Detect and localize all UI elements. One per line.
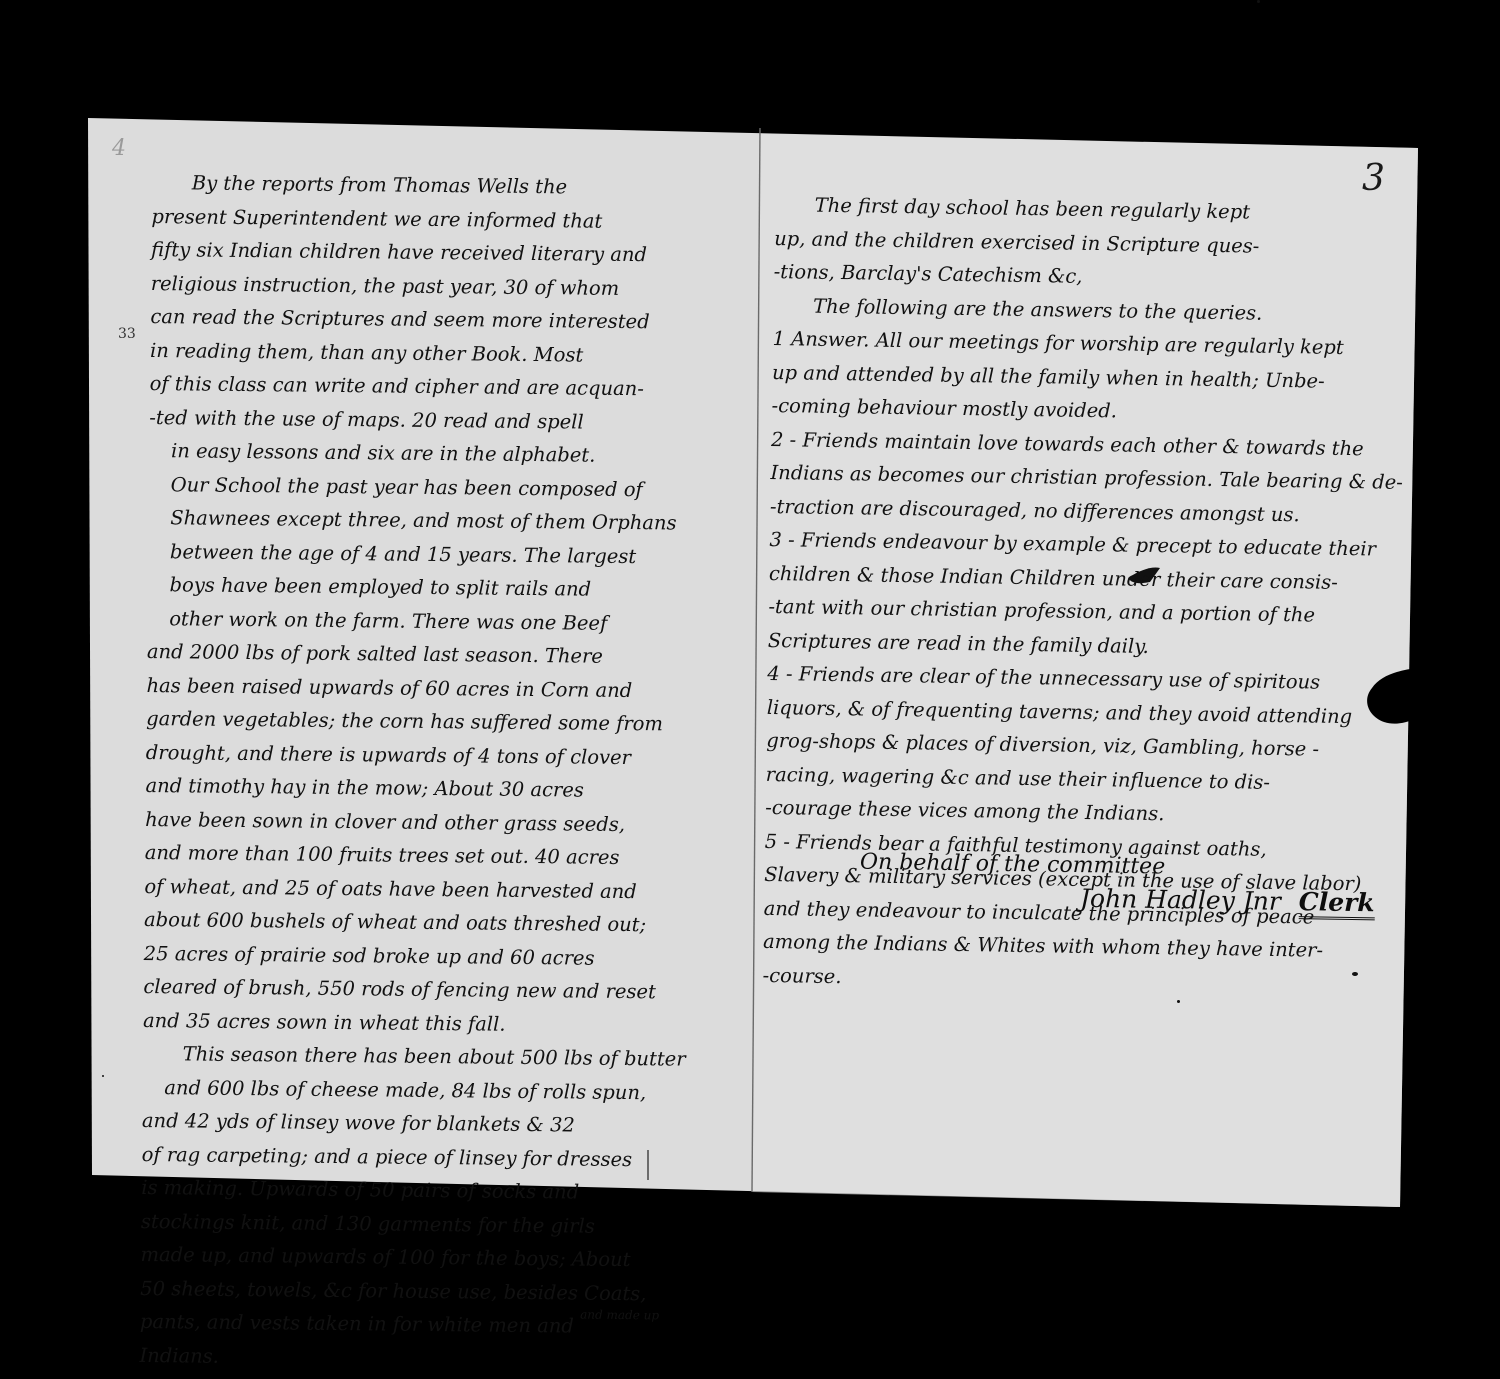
paper-sheet: 4 3 33 By the reports from Thomas Wells … xyxy=(0,0,1500,1379)
text-line: religious instruction, the past year, 30… xyxy=(151,266,694,305)
text-line: By the reports from Thomas Wells the xyxy=(152,166,695,205)
text-line: has been raised upwards of 60 acres in C… xyxy=(146,668,689,707)
text-line: between the age of 4 and 15 years. The l… xyxy=(148,534,691,573)
text-line: other work on the farm. There was one Be… xyxy=(147,601,690,640)
page-number-left: 4 xyxy=(112,136,126,161)
speck xyxy=(1257,0,1260,3)
speck xyxy=(1352,972,1358,976)
text-line: Indians. xyxy=(139,1338,682,1377)
speck xyxy=(1177,1000,1180,1003)
scanned-document: 4 3 33 By the reports from Thomas Wells … xyxy=(0,0,1500,1379)
signer-title: Clerk xyxy=(1299,887,1375,920)
text-line: and 42 yds of linsey wove for blankets &… xyxy=(142,1104,685,1143)
right-column-text: The first day school has been regularly … xyxy=(762,188,1407,1002)
text-line: drought, and there is upwards of 4 tons … xyxy=(146,735,689,774)
text-line: cleared of brush, 550 rods of fencing ne… xyxy=(143,970,686,1009)
signature: John Hadley Jnr Clerk xyxy=(1080,884,1375,918)
text-line: about 600 bushels of wheat and oats thre… xyxy=(144,903,687,942)
text-line: made up, and upwards of 100 for the boys… xyxy=(140,1238,683,1277)
text-line: in easy lessons and six are in the alpha… xyxy=(149,434,692,473)
text-line: 25 acres of prairie sod broke up and 60 … xyxy=(144,936,687,975)
text-line: Our School the past year has been compos… xyxy=(148,467,691,506)
text-line: is making. Upwards of 50 pairs of socks … xyxy=(141,1171,684,1210)
text-line: and 600 lbs of cheese made, 84 lbs of ro… xyxy=(142,1070,685,1109)
on-behalf-line: On behalf of the committee xyxy=(860,850,1166,880)
text-line: -ted with the use of maps. 20 read and s… xyxy=(149,400,692,439)
text-line: and 35 acres sown in wheat this fall. xyxy=(143,1003,686,1042)
text-line: in reading them, than any other Book. Mo… xyxy=(150,333,693,372)
text-line: Shawnees except three, and most of them … xyxy=(148,501,691,540)
page-number-right: 3 xyxy=(1362,158,1385,199)
text-fragment: pants, and vests taken in for white men … xyxy=(140,1310,574,1338)
text-line: This season there has been about 500 lbs… xyxy=(143,1037,686,1076)
text-line: stockings knit, and 130 garments for the… xyxy=(141,1204,684,1243)
text-line: boys have been employed to split rails a… xyxy=(147,568,690,607)
text-line: of rag carpeting; and a piece of linsey … xyxy=(141,1137,684,1176)
text-line: 50 sheets, towels, &c for house use, bes… xyxy=(140,1271,683,1310)
text-line: have been sown in clover and other grass… xyxy=(145,802,688,841)
left-column-text: By the reports from Thomas Wells the pre… xyxy=(139,166,695,1378)
text-line: and more than 100 fruits trees set out. … xyxy=(145,836,688,875)
margin-mark: 33 xyxy=(118,326,136,342)
text-line: fifty six Indian children have received … xyxy=(151,233,694,272)
interlinear-insertion: and made up xyxy=(580,1308,659,1323)
text-line: of this class can write and cipher and a… xyxy=(150,367,693,406)
signer-name: John Hadley Jnr xyxy=(1080,884,1281,916)
text-line: present Superintendent we are informed t… xyxy=(151,199,694,238)
text-line: of wheat, and 25 of oats have been harve… xyxy=(144,869,687,908)
text-line: and timothy hay in the mow; About 30 acr… xyxy=(145,769,688,808)
text-line: garden vegetables; the corn has suffered… xyxy=(146,702,689,741)
text-line: can read the Scriptures and seem more in… xyxy=(150,300,693,339)
text-line: and 2000 lbs of pork salted last season.… xyxy=(147,635,690,674)
text-line: pants, and vests taken in for white men … xyxy=(140,1305,683,1344)
speck xyxy=(102,1075,104,1077)
